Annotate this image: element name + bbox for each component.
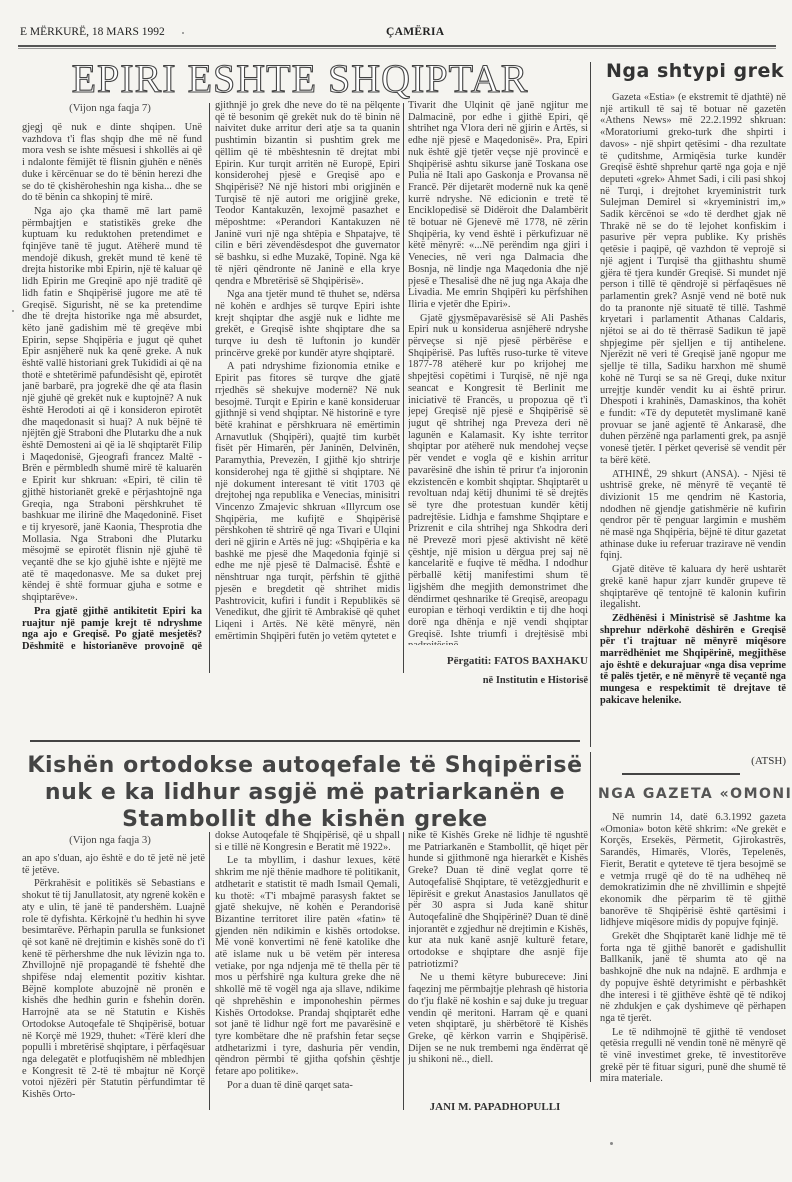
column-divider xyxy=(209,103,210,673)
kisha-column-3: nike të Kishës Greke në lidhje të ngusht… xyxy=(408,830,588,1082)
kisha-column-1: an apo s'duan, ajo është e do të jetë në… xyxy=(22,853,205,1123)
paragraph: Zëdhënësi i Ministrisë së Jashtme ka shp… xyxy=(600,613,786,707)
headline-omonia: NGA GAZETA «OMONIA» xyxy=(598,786,792,802)
headline-kisha: Kishën ortodokse autoqefale të Shqipëris… xyxy=(25,752,585,833)
source-atsh: (ATSH) xyxy=(600,755,786,767)
scan-speck xyxy=(182,32,184,34)
continued-note: (Vijon nga faqja 3) xyxy=(20,834,200,846)
paragraph: Përkrahësit e politikës së Sebastians e … xyxy=(22,878,205,1100)
paper-name: ÇAMËRIA xyxy=(386,26,444,38)
paragraph: gjegj që nuk e dinte shqipen. Unë vazhdo… xyxy=(22,122,202,204)
paragraph: Ne u themi këtyre bubureceve: Jini faqez… xyxy=(408,972,588,1066)
masthead-rule xyxy=(18,45,776,49)
paragraph: Le të ndihmojnë të gjithë të vendoset qe… xyxy=(600,1027,786,1086)
paragraph: Nga ajo çka thamë më lart pamë përmbajtj… xyxy=(22,206,202,604)
paragraph: Nga ana tjetër mund të thuhet se, ndërsa… xyxy=(215,289,400,359)
epiri-column-1: gjegj që nuk e dinte shqipen. Unë vazhdo… xyxy=(22,122,202,650)
article-separator xyxy=(622,773,740,775)
column-divider xyxy=(403,832,404,1110)
column-divider xyxy=(590,62,591,747)
paragraph: Pra gjatë gjithë antikitetit Epiri ka ru… xyxy=(22,606,202,650)
byline-author: Përgatiti: FATOS BAXHAKU xyxy=(408,655,588,667)
paragraph: Le ta mbyllim, i dashur lexues, këtë shk… xyxy=(215,855,400,1077)
paragraph: A pati ndryshime fizionomia etnike e Epi… xyxy=(215,361,400,642)
continued-note: (Vijon nga faqja 7) xyxy=(20,102,200,114)
column-divider xyxy=(209,832,210,1110)
headline-epiri: EPIRI ESHTE SHQIPTAR xyxy=(50,55,550,102)
column-divider xyxy=(590,752,591,1082)
paragraph: Gjatë gjysmëpavarësisë së Ali Pashës Epi… xyxy=(408,313,588,645)
paragraph: Në numrin 14, datë 6.3.1992 gazeta «Omon… xyxy=(600,812,786,929)
paragraph: nike të Kishës Greke në lidhje të ngusht… xyxy=(408,830,588,970)
article-separator xyxy=(30,740,580,742)
paragraph: gjithnjë jo grek dhe neve do të na pëlqe… xyxy=(215,100,400,287)
paragraph: Gazeta «Estia» (e ekstremit të djathtë) … xyxy=(600,92,786,467)
epiri-column-3: Tivarit dhe Ulqinit që janë ngjitur me D… xyxy=(408,100,588,645)
scan-speck xyxy=(610,1142,613,1145)
paragraph: Por a duan të dinë qarqet sata- xyxy=(215,1080,400,1092)
byline-author: JANI M. PAPADHOPULLI xyxy=(420,1101,570,1113)
scan-speck xyxy=(12,310,14,312)
kisha-column-2: dokse Autoqefale të Shqipërisë, që u shp… xyxy=(215,830,400,1108)
issue-date: E MËRKURË, 18 MARS 1992 xyxy=(20,26,165,38)
paragraph: an apo s'duan, ajo është e do të jetë në… xyxy=(22,853,205,876)
paragraph: Grekët dhe Shqiptarët kanë lidhje më të … xyxy=(600,931,786,1025)
column-divider xyxy=(403,103,404,673)
paragraph: Tivarit dhe Ulqinit që janë ngjitur me D… xyxy=(408,100,588,311)
epiri-column-2: gjithnjë jo grek dhe neve do të na pëlqe… xyxy=(215,100,400,673)
newspaper-page: E MËRKURË, 18 MARS 1992 ÇAMËRIA EPIRI ES… xyxy=(0,0,792,1182)
headline-shtypi-grek: Nga shtypi grek xyxy=(600,60,790,82)
paragraph: ATHINË, 29 shkurt (ANSA). - Njësi të ush… xyxy=(600,469,786,563)
omonia-column: Në numrin 14, datë 6.3.1992 gazeta «Omon… xyxy=(600,812,786,1112)
shtypi-grek-column: Gazeta «Estia» (e ekstremit të djathtë) … xyxy=(600,92,786,752)
paragraph: dokse Autoqefale të Shqipërisë, që u shp… xyxy=(215,830,400,853)
masthead: E MËRKURË, 18 MARS 1992 ÇAMËRIA xyxy=(20,26,772,46)
byline-institution: në Institutin e Historisë xyxy=(408,675,588,686)
paragraph: Gjatë ditëve të kaluara dy herë ushtarët… xyxy=(600,564,786,611)
